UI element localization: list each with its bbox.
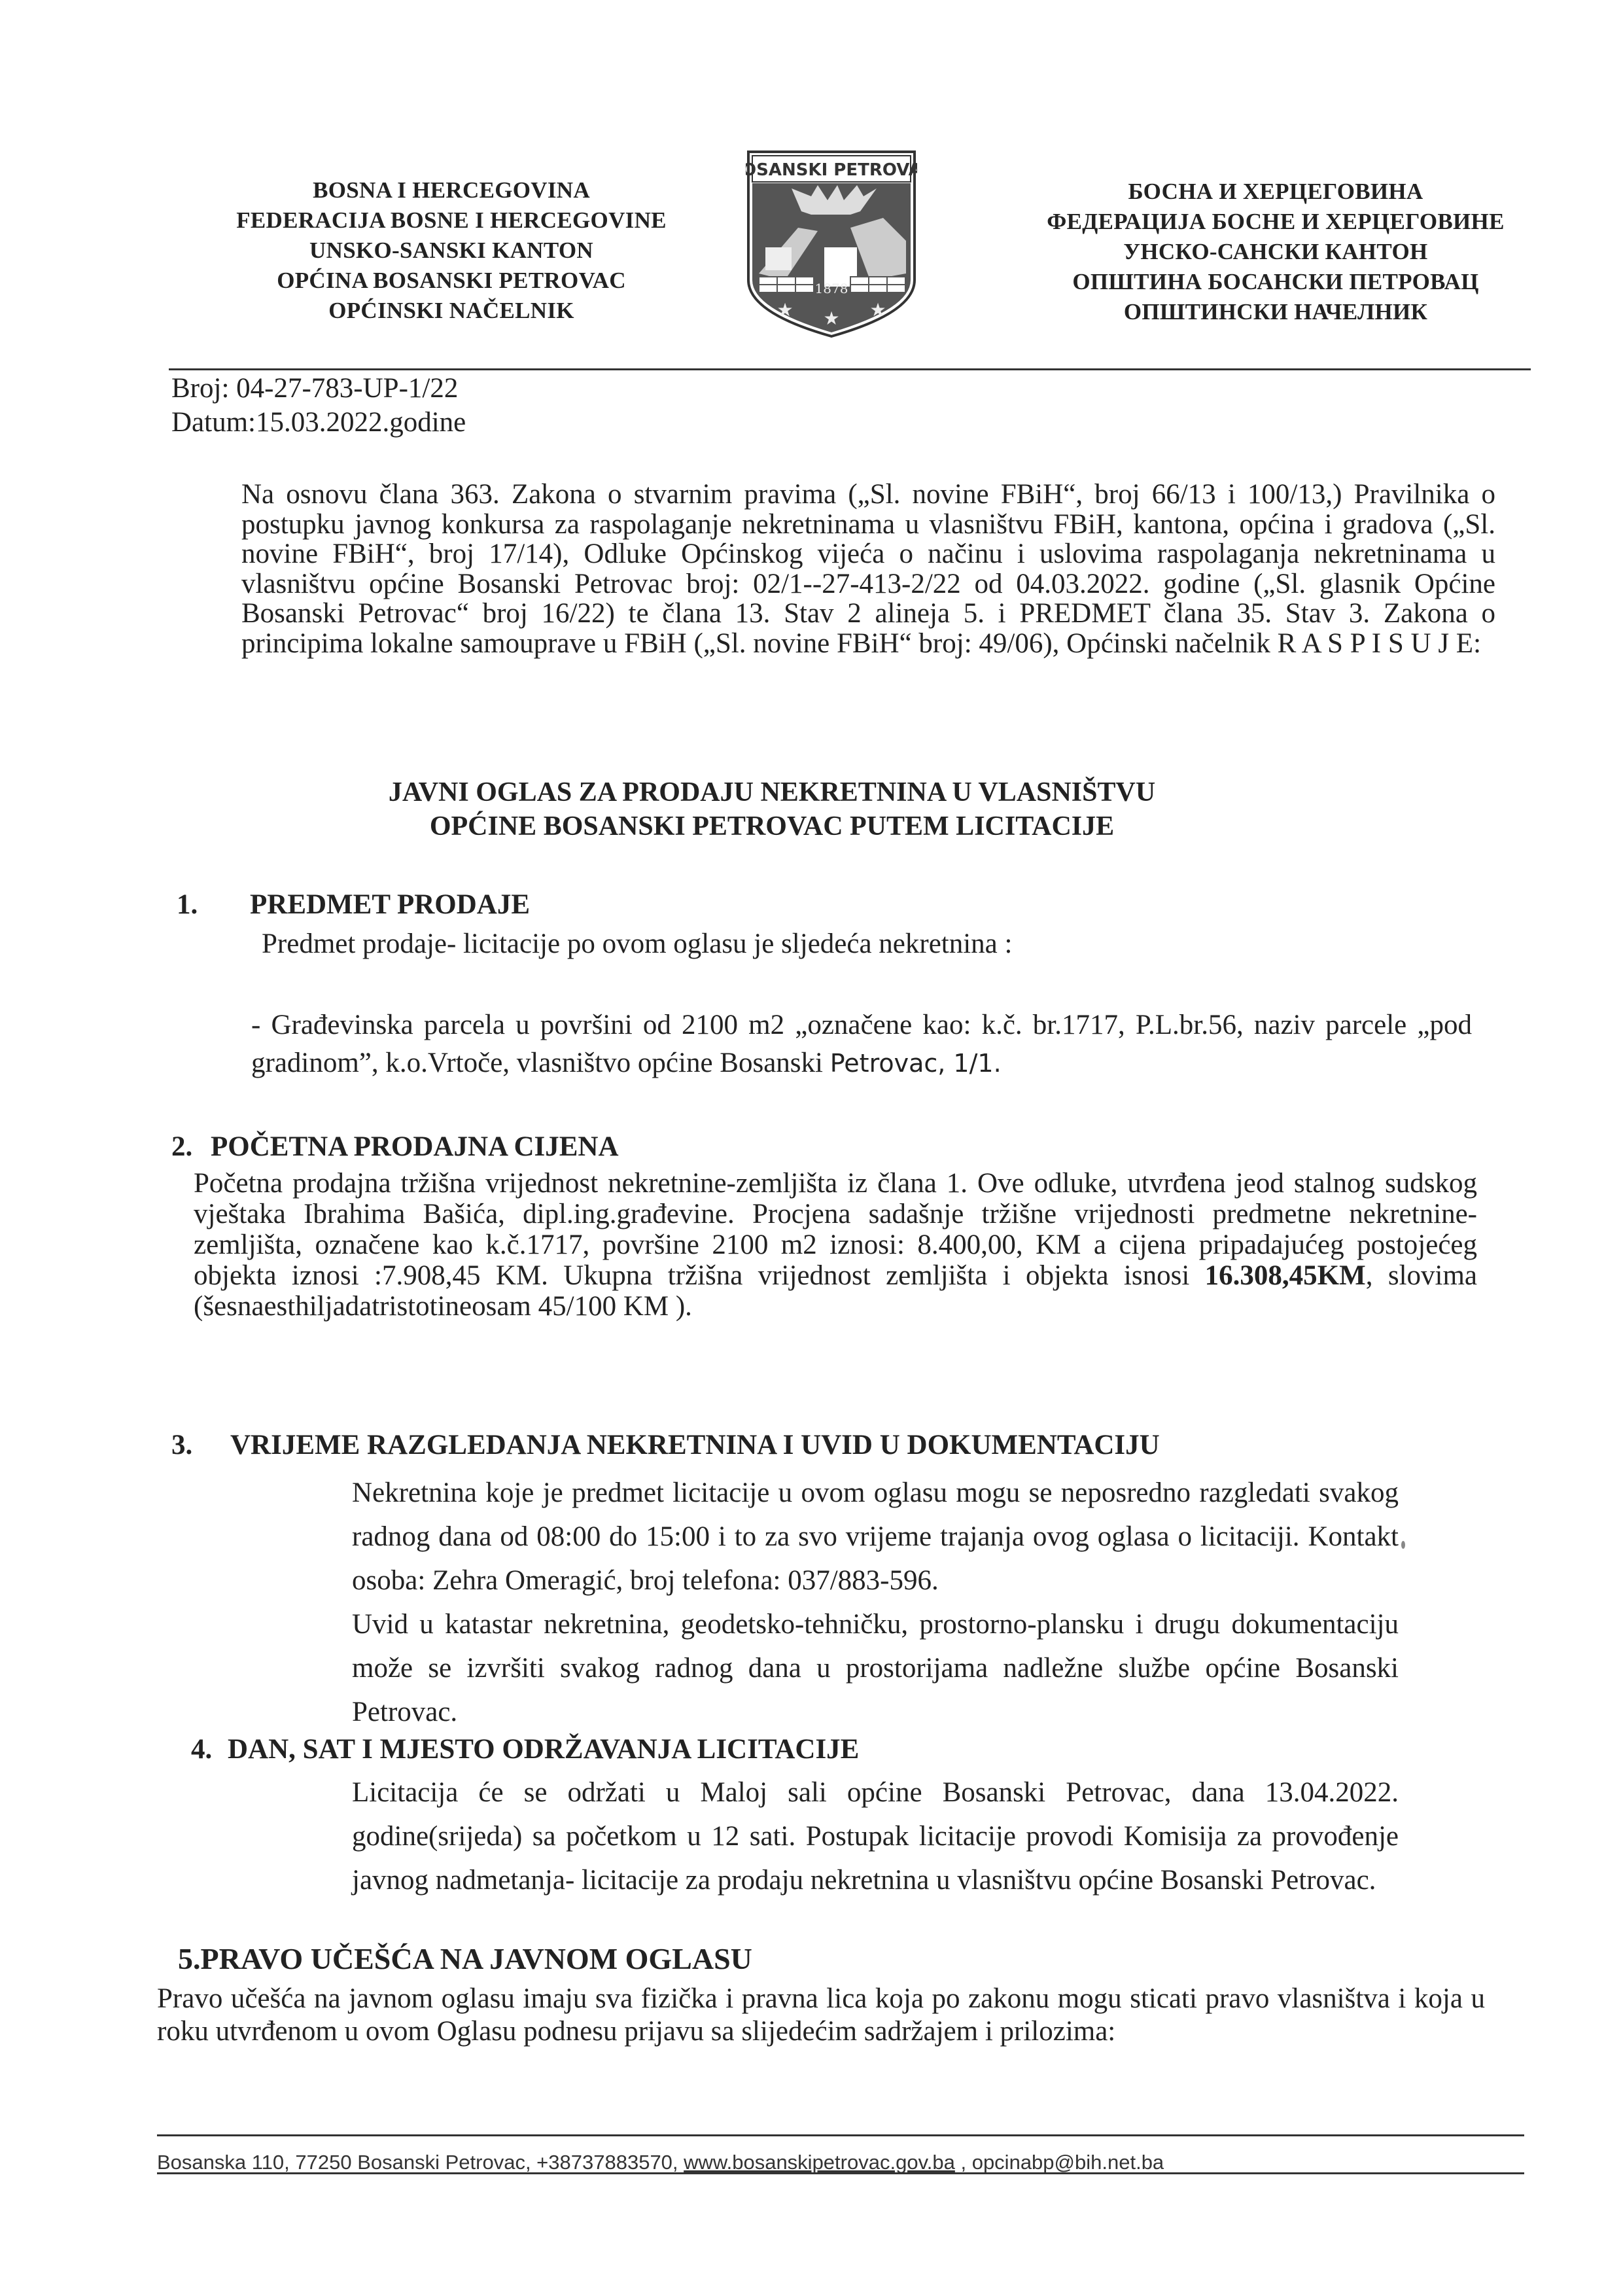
header-line: ОПШТИНА БОСАНСКИ ПЕТРОВАЦ — [981, 267, 1570, 297]
section-title: PREDMET PRODAJE — [250, 889, 530, 920]
footer-contact: Bosanska 110, 77250 Bosanski Petrovac, +… — [157, 2149, 1531, 2176]
viewing-paragraph: Nekretnina koje je predmet licitacije u … — [234, 1471, 1399, 1602]
section-5-heading: 5.PRAVO UČEŠĆA NA JAVNOM OGLASU — [178, 1942, 752, 1976]
section-number: 2. — [171, 1130, 211, 1164]
section-number: 4. — [191, 1733, 228, 1767]
header-line: ОПШТИНСКИ НАЧЕЛНИК — [981, 297, 1570, 327]
document-date: Datum:15.03.2022.godine — [171, 406, 466, 440]
total-price: 16.308,45KM — [1205, 1260, 1366, 1291]
section-number: 3. — [171, 1428, 230, 1462]
header-line: УНСКО-САНСКИ КАНТОН — [981, 237, 1570, 267]
footer-separator: , — [955, 2151, 972, 2174]
svg-text:★: ★ — [869, 299, 886, 321]
header-line: ФЕДЕРАЦИЈА БОСНЕ И ХЕРЦЕГОВИНЕ — [981, 207, 1570, 237]
footer-address: Bosanska 110, 77250 Bosanski Petrovac, +… — [157, 2151, 684, 2174]
svg-text:★: ★ — [823, 308, 839, 329]
header-line: UNSKO-SANSKI KANTON — [190, 236, 713, 266]
footer-divider-top — [157, 2134, 1524, 2136]
header-institution-latin: BOSNA I HERCEGOVINA FEDERACIJA BOSNE I H… — [190, 175, 713, 326]
footer-website-link[interactable]: www.bosanskipetrovac.gov.ba — [684, 2151, 955, 2174]
auction-paragraph: Licitacija će se održati u Maloj sali op… — [234, 1771, 1399, 1902]
header-line: OPĆINA BOSANSKI PETROVAC — [190, 266, 713, 296]
document-title: JAVNI OGLAS ZA PRODAJU NEKRETNINA U VLAS… — [216, 775, 1328, 843]
header-line: OPĆINSKI NAČELNIK — [190, 296, 713, 326]
header-divider — [169, 368, 1531, 370]
header-institution-cyrillic: БОСНА И ХЕРЦЕГОВИНА ФЕДЕРАЦИЈА БОСНЕ И Х… — [981, 177, 1570, 327]
header-line: FEDERACIJA BOSNE I HERCEGOVINE — [190, 205, 713, 236]
section-title: POČETNA PRODAJNA CIJENA — [211, 1131, 619, 1162]
property-ownership-share: Petrovac, 1/1. — [830, 1049, 1002, 1078]
section-title: PRAVO UČEŠĆA NA JAVNOM OGLASU — [201, 1942, 752, 1975]
intro-paragraph: Na osnovu člana 363. Zakona o stvarnim p… — [171, 480, 1495, 658]
section-number: 1. — [177, 888, 250, 922]
section-3-body: Nekretnina koje je predmet licitacije u … — [234, 1471, 1399, 1734]
svg-text:★: ★ — [777, 299, 793, 321]
section-3-heading: 3.VRIJEME RAZGLEDANJA NEKRETNINA I UVID … — [171, 1428, 1160, 1462]
svg-text:1878: 1878 — [815, 281, 848, 296]
svg-text:BOSANSKI PETROVAC: BOSANSKI PETROVAC — [746, 160, 917, 180]
participation-paragraph: Pravo učešća na javnom oglasu imaju sva … — [157, 1983, 1485, 2048]
section-5-body: Pravo učešća na javnom oglasu imaju sva … — [157, 1983, 1485, 2048]
section-4-body: Licitacija će se održati u Maloj sali op… — [234, 1771, 1399, 1902]
footer-email[interactable]: opcinabp@bih.net.ba — [972, 2151, 1164, 2174]
title-line-2: OPĆINE BOSANSKI PETROVAC PUTEM LICITACIJ… — [216, 809, 1328, 843]
coat-of-arms-icon: BOSANSKI PETROVAC 1878 ★★★ — [746, 149, 917, 339]
section-title: VRIJEME RAZGLEDANJA NEKRETNINA I UVID U … — [230, 1430, 1160, 1460]
header-line: БОСНА И ХЕРЦЕГОВИНА — [981, 177, 1570, 207]
section-number: 5. — [178, 1942, 201, 1975]
title-line-1: JAVNI OGLAS ZA PRODAJU NEKRETNINA U VLAS… — [216, 775, 1328, 809]
scan-speck — [1401, 1541, 1405, 1549]
section-title: DAN, SAT I MJESTO ODRŽAVANJA LICITACIJE — [228, 1734, 859, 1765]
section-1-intro: Predmet prodaje- licitacije po ovom ogla… — [262, 928, 1012, 960]
section-4-heading: 4.DAN, SAT I MJESTO ODRŽAVANJA LICITACIJ… — [191, 1733, 859, 1767]
intro-text: Na osnovu člana 363. Zakona o stvarnim p… — [171, 480, 1495, 658]
footer-divider-bottom — [157, 2172, 1524, 2174]
documentation-paragraph: Uvid u katastar nekretnina, geodetsko-te… — [234, 1602, 1399, 1734]
section-1-property-item: - Građevinska parcela u površini od 2100… — [251, 1006, 1472, 1082]
document-number: Broj: 04-27-783-UP-1/22 — [171, 372, 458, 406]
section-1-heading: 1.PREDMET PRODAJE — [177, 888, 530, 922]
section-2-heading: 2.POČETNA PRODAJNA CIJENA — [171, 1130, 619, 1164]
header-line: BOSNA I HERCEGOVINA — [190, 175, 713, 205]
section-2-paragraph: Početna prodajna tržišna vrijednost nekr… — [194, 1168, 1477, 1322]
